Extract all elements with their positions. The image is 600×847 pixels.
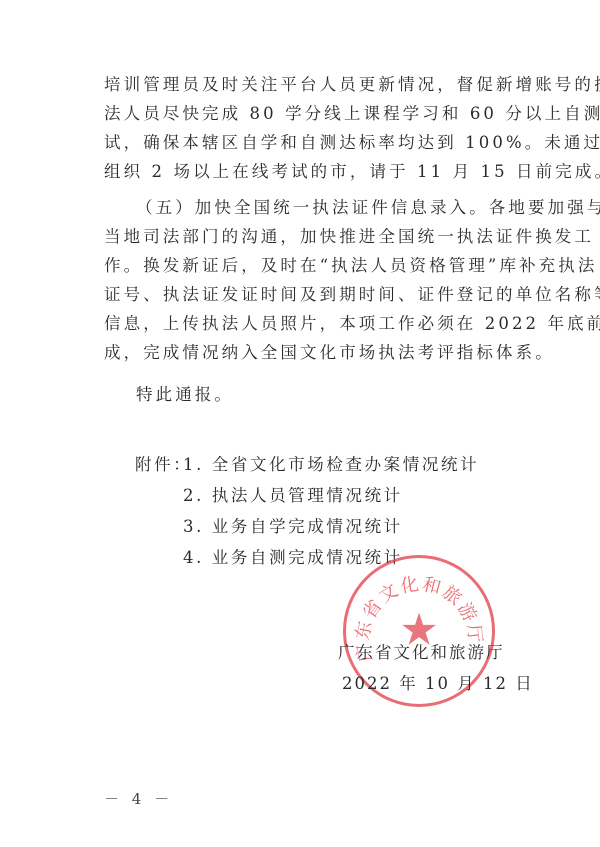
body-line: 作。换发新证后，及时在“执法人员资格管理”库补充执法 [104,256,514,276]
document-page: 培训管理员及时关注平台人员更新情况，督促新增账号的执 法人员尽快完成 80 学分… [0,0,600,847]
body-line: 成，完成情况纳入全国文化市场执法考评指标体系。 [104,343,514,363]
attachment-item: 2. 执法人员管理情况统计 [183,486,403,506]
body-line: 信息，上传执法人员照片，本项工作必须在 2022 年底前完 [104,314,514,334]
signature-organization: 广东省文化和旅游厅 [338,643,505,663]
body-line: 法人员尽快完成 80 学分线上课程学习和 60 分以上自测考 [104,104,514,124]
body-line: 试，确保本辖区自学和自测达标率均达到 100%。未通过系统 [104,133,514,153]
closing-text: 特此通报。 [136,385,514,405]
attachment-item: 1. 全省文化市场检查办案情况统计 [183,455,479,475]
attachment-item: 3. 业务自学完成情况统计 [183,517,403,537]
page-number: － 4 － [104,788,173,809]
body-line: 证号、执法证发证时间及到期时间、证件登记的单位名称等 [104,285,514,305]
body-line: 组织 2 场以上在线考试的市，请于 11 月 15 日前完成。 [104,162,514,182]
section-five-heading-line: （五）加快全国统一执法证件信息录入。各地要加强与 [136,198,514,218]
body-line: 当地司法部门的沟通，加快推进全国统一执法证件换发工 [104,227,514,247]
body-line: 培训管理员及时关注平台人员更新情况，督促新增账号的执 [104,75,514,95]
signature-date: 2022 年 10 月 12 日 [342,674,534,694]
